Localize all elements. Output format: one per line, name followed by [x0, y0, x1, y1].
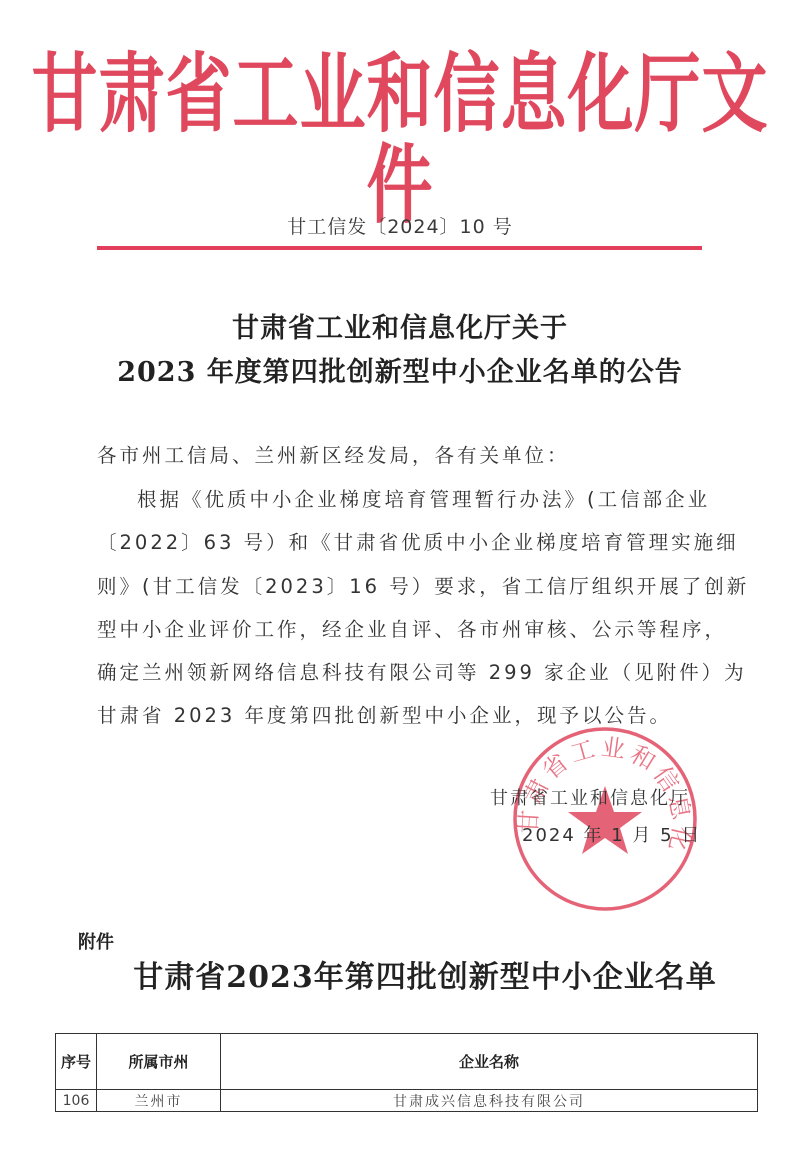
body-line: 确定兰州领新网络信息科技有限公司等 299 家企业（见附件）为: [97, 657, 747, 685]
body-line: 型中小企业评价工作，经企业自评、各市州审核、公示等程序，: [97, 614, 727, 642]
masthead-title: 甘肃省工业和信息化厅文件: [0, 48, 800, 230]
body-line: 根据《优质中小企业梯度培育管理暂行办法》(工信部企业: [137, 484, 710, 512]
cell-serial-number: 106: [56, 1090, 97, 1112]
announcement-title-line2: 2023 年度第四批创新型中小企业名单的公告: [0, 350, 800, 389]
enterprise-list-table: 序号 所属市州 企业名称 106 兰州市 甘肃成兴信息科技有限公司: [55, 1033, 758, 1112]
header-city: 所属市州: [97, 1034, 221, 1090]
announcement-title-line1: 甘肃省工业和信息化厅关于: [0, 306, 800, 345]
attachment-title: 甘肃省2023年第四批创新型中小企业名单: [0, 952, 800, 996]
signature-organization: 甘肃省工业和信息化厅: [490, 784, 690, 810]
table-header-row: 序号 所属市州 企业名称: [56, 1034, 758, 1090]
red-divider-line: [97, 246, 702, 250]
salutation: 各市州工信局、兰州新区经发局，各有关单位：: [97, 440, 570, 468]
table-row: 106 兰州市 甘肃成兴信息科技有限公司: [56, 1090, 758, 1112]
official-seal-stamp: 甘肃省工业和信息化厅: [510, 724, 700, 914]
body-line: 〔2022〕63 号）和《甘肃省优质中小企业梯度培育管理实施细: [97, 527, 739, 555]
header-company-name: 企业名称: [221, 1034, 758, 1090]
cell-city: 兰州市: [97, 1090, 221, 1112]
document-number: 甘工信发〔2024〕10 号: [0, 212, 800, 239]
cell-company-name: 甘肃成兴信息科技有限公司: [221, 1090, 758, 1112]
body-line: 则》(甘工信发〔2023〕16 号）要求，省工信厅组织开展了创新: [97, 571, 749, 599]
header-serial-number: 序号: [56, 1034, 97, 1090]
attachment-label: 附件: [78, 928, 114, 954]
signature-date: 2024 年 1 月 5 日: [522, 821, 701, 847]
